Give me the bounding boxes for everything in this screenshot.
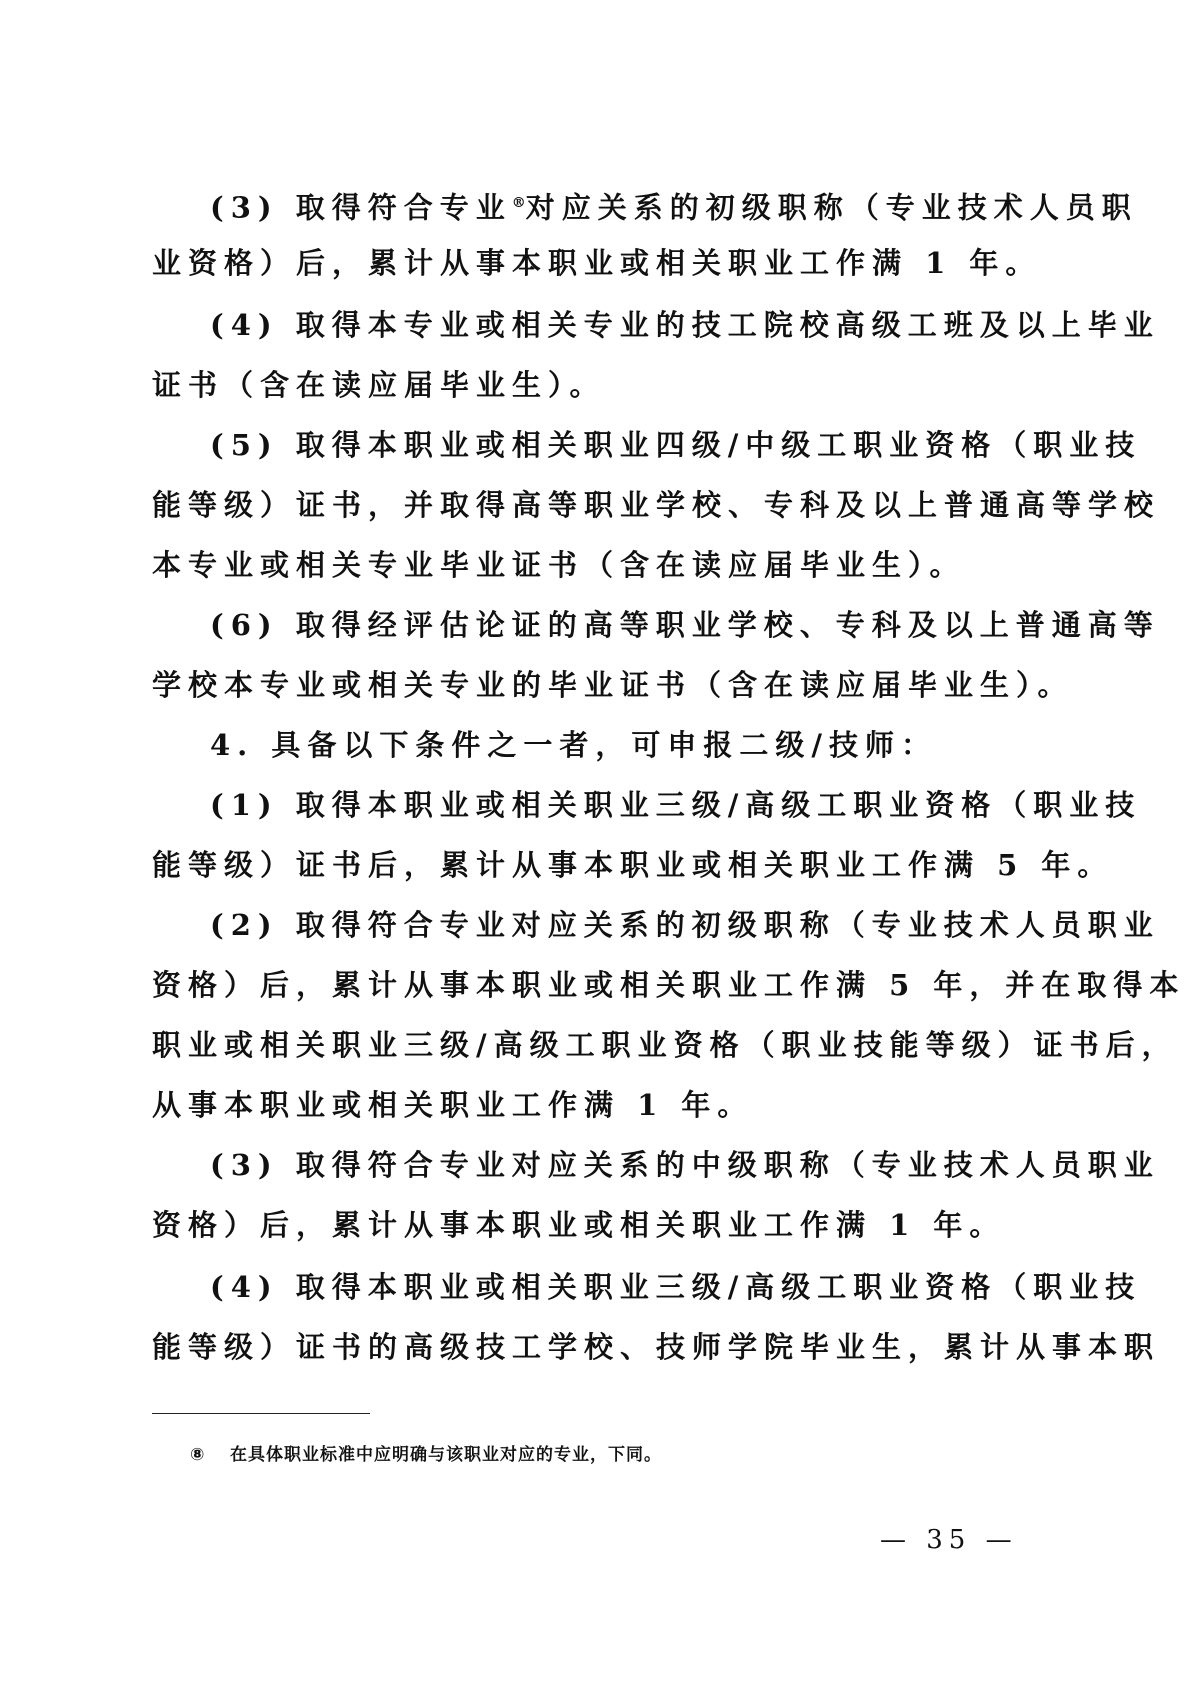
text-line: 学校本专业或相关专业的毕业证书（含在读应届毕业生）。 [152, 665, 1032, 705]
text-line: (3) 取得符合专业®对应关系的初级职称（专业技术人员职 [210, 183, 1090, 228]
text-line: 能等级）证书后，累计从事本职业或相关职业工作满 5 年。 [152, 845, 1032, 885]
page-number: — 35 — [880, 1525, 1018, 1555]
footnote-ref: ® [512, 195, 526, 211]
text-line: 职业或相关职业三级/高级工职业资格（职业技能等级）证书后， [152, 1025, 1032, 1065]
section-heading: 4. 具备以下条件之一者，可申报二级/技师： [210, 725, 1090, 765]
footnote-marker: ⑧ [190, 1445, 230, 1465]
footnote: ⑧在具体职业标准中应明确与该职业对应的专业，下同。 [190, 1440, 662, 1465]
text-line: 资格）后，累计从事本职业或相关职业工作满 5 年，并在取得本 [152, 965, 1032, 1005]
text-line: (4) 取得本专业或相关专业的技工院校高级工班及以上毕业 [210, 305, 1090, 345]
text-line: (6) 取得经评估论证的高等职业学校、专科及以上普通高等 [210, 605, 1090, 645]
text-segment: 对应关系的初级职称（专业技术人员职 [526, 191, 1138, 225]
text-line: 资格）后，累计从事本职业或相关职业工作满 1 年。 [152, 1205, 1032, 1245]
text-line: (4) 取得本职业或相关职业三级/高级工职业资格（职业技 [210, 1267, 1090, 1307]
text-segment: (3) 取得符合专业 [210, 191, 512, 225]
footnote-divider [152, 1413, 370, 1414]
text-line: 业资格）后，累计从事本职业或相关职业工作满 1 年。 [152, 243, 1032, 283]
text-line: 从事本职业或相关职业工作满 1 年。 [152, 1085, 1032, 1125]
text-line: 证书（含在读应届毕业生）。 [152, 365, 1032, 405]
text-line: 本专业或相关专业毕业证书（含在读应届毕业生）。 [152, 545, 1032, 585]
footnote-text: 在具体职业标准中应明确与该职业对应的专业，下同。 [230, 1445, 662, 1465]
text-line: (1) 取得本职业或相关职业三级/高级工职业资格（职业技 [210, 785, 1090, 825]
text-line: 能等级）证书的高级技工学校、技师学院毕业生，累计从事本职 [152, 1327, 1032, 1367]
text-line: 能等级）证书，并取得高等职业学校、专科及以上普通高等学校 [152, 485, 1032, 525]
document-page: (3) 取得符合专业®对应关系的初级职称（专业技术人员职 业资格）后，累计从事本… [0, 0, 1190, 1684]
text-line: (2) 取得符合专业对应关系的初级职称（专业技术人员职业 [210, 905, 1090, 945]
text-line: (3) 取得符合专业对应关系的中级职称（专业技术人员职业 [210, 1145, 1090, 1185]
text-line: (5) 取得本职业或相关职业四级/中级工职业资格（职业技 [210, 425, 1090, 465]
